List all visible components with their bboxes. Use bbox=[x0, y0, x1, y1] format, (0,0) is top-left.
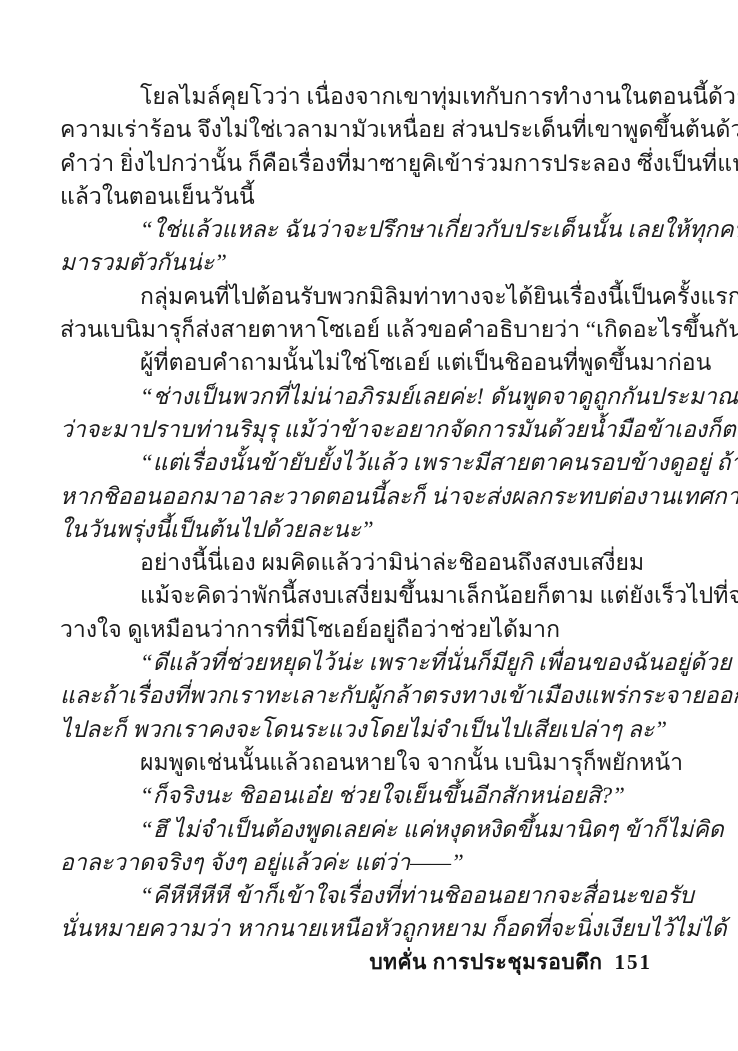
text-line: แล้วในตอนเย็นวันนี้ bbox=[60, 180, 673, 213]
page-number: 151 bbox=[615, 950, 653, 974]
text-line: อาละวาดจริงๆ จังๆ อยู่แล้วค่ะ แต่ว่า——” bbox=[60, 846, 673, 879]
text-line: และถ้าเรื่องที่พวกเราทะเลาะกับผู้กล้าตรง… bbox=[60, 679, 673, 712]
text-line: ไปละก็ พวกเราคงจะโดนระแวงโดยไม่จำเป็นไปเ… bbox=[60, 713, 673, 746]
text-line: “แต่เรื่องนั้นข้ายับยั้งไว้แล้ว เพราะมีส… bbox=[60, 446, 673, 479]
text-line: ว่าจะมาปราบท่านริมุรุ แม้ว่าข้าจะอยากจัด… bbox=[60, 413, 673, 446]
text-line: ส่วนเบนิมารุก็ส่งสายตาหาโซเอย์ แล้วขอคำอ… bbox=[60, 313, 673, 346]
text-line: โยลไมล์คุยโวว่า เนื่องจากเขาทุ่มเทกับการ… bbox=[60, 80, 673, 113]
text-line: “ดีแล้วที่ช่วยหยุดไว้น่ะ เพราะที่นั่นก็ม… bbox=[60, 646, 673, 679]
text-line: “ช่างเป็นพวกที่ไม่น่าอภิรมย์เลยค่ะ! ดันพ… bbox=[60, 380, 673, 413]
text-line: ความเร่าร้อน จึงไม่ใช่เวลามามัวเหนื่อย ส… bbox=[60, 113, 673, 146]
text-line: “ก็จริงนะ ชิออนเอ๋ย ช่วยใจเย็นขึ้นอีกสัก… bbox=[60, 779, 673, 812]
text-line: ในวันพรุ่งนี้เป็นต้นไปด้วยละนะ” bbox=[60, 513, 673, 546]
text-line: มารวมตัวกันน่ะ” bbox=[60, 246, 673, 279]
text-line: ผู้ที่ตอบคำถามนั้นไม่ใช่โซเอย์ แต่เป็นชิ… bbox=[60, 346, 673, 379]
text-line: “ใช่แล้วแหละ ฉันว่าจะปรึกษาเกี่ยวกับประเ… bbox=[60, 213, 673, 246]
chapter-title: บทคั่น การประชุมรอบดึก bbox=[369, 950, 602, 974]
page-footer: บทคั่น การประชุมรอบดึก151 bbox=[369, 946, 652, 979]
text-line: หากชิออนออกมาอาละวาดตอนนี้ละก็ น่าจะส่งผ… bbox=[60, 480, 673, 513]
text-line: กลุ่มคนที่ไปต้อนรับพวกมิลิมท่าทางจะได้ยิ… bbox=[60, 280, 673, 313]
text-line: วางใจ ดูเหมือนว่าการที่มีโซเอย์อยู่ถือว่… bbox=[60, 613, 673, 646]
text-line: นั่นหมายความว่า หากนายเหนือหัวถูกหยาม ก็… bbox=[60, 912, 673, 945]
book-page: โยลไมล์คุยโวว่า เนื่องจากเขาทุ่มเทกับการ… bbox=[0, 0, 738, 1051]
page-text: โยลไมล์คุยโวว่า เนื่องจากเขาทุ่มเทกับการ… bbox=[60, 80, 673, 946]
text-line: “คีหีหีหีหี ข้าก็เข้าใจเรื่องที่ท่านชิออ… bbox=[60, 879, 673, 912]
text-line: อย่างนี้นี่เอง ผมคิดแล้วว่ามิน่าล่ะชิออน… bbox=[60, 546, 673, 579]
text-line: ผมพูดเช่นนั้นแล้วถอนหายใจ จากนั้น เบนิมา… bbox=[60, 746, 673, 779]
text-line: คำว่า ยิ่งไปกว่านั้น ก็คือเรื่องที่มาซาย… bbox=[60, 147, 673, 180]
text-line: แม้จะคิดว่าพักนี้สงบเสงี่ยมขึ้นมาเล็กน้อ… bbox=[60, 579, 673, 612]
text-line: “ฮึ ไม่จำเป็นต้องพูดเลยค่ะ แค่หงุดหงิดขึ… bbox=[60, 813, 673, 846]
